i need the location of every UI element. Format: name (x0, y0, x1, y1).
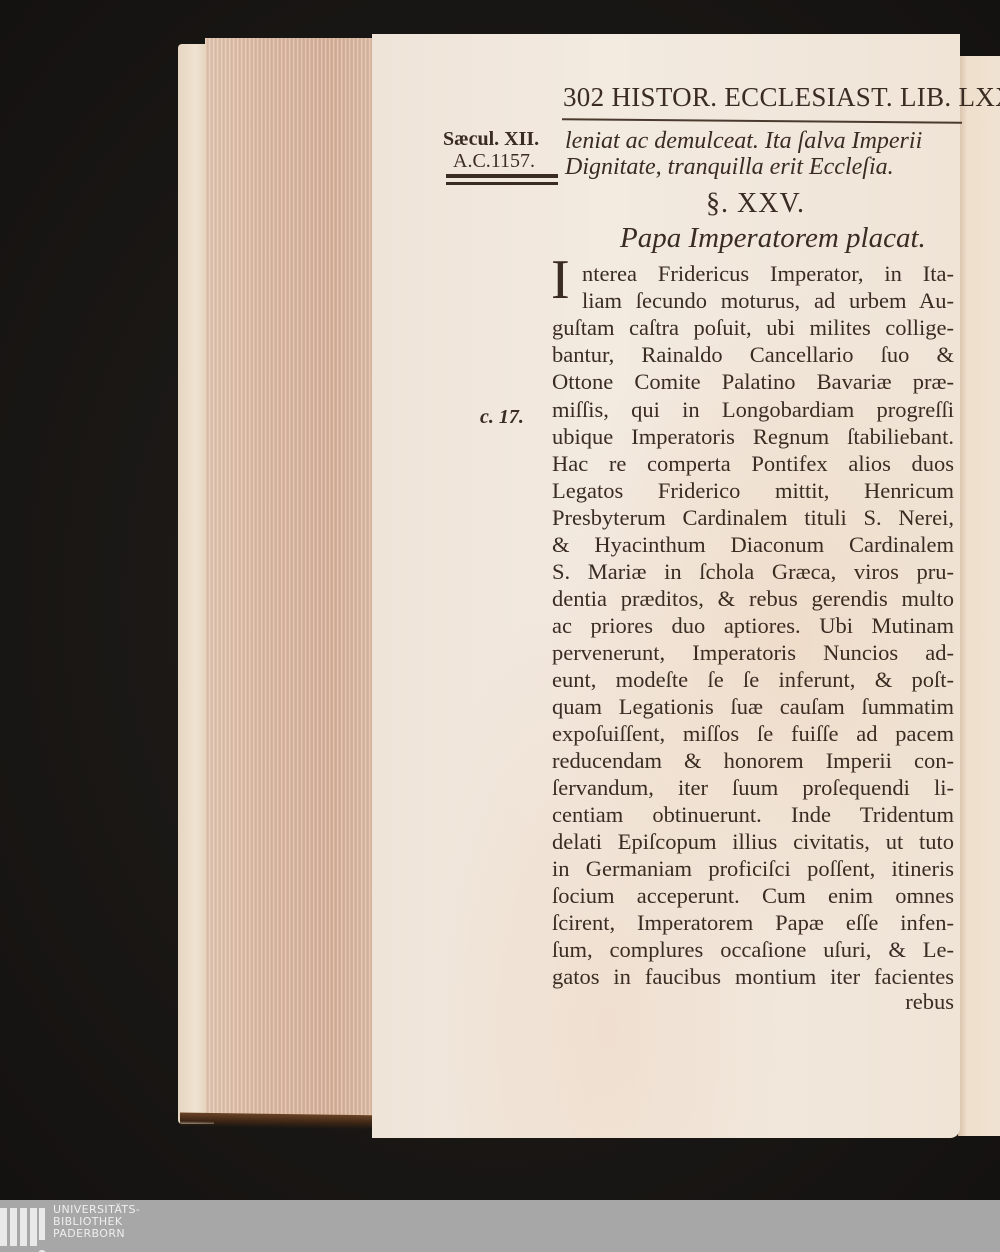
body-line: centiam obtinuerunt. Inde Tridentum (552, 801, 954, 828)
body-line: gatos in faucibus montium iter facientes (552, 963, 954, 990)
italic-continuation-line: Dignitate, tranquilla erit Eccleſia. (565, 154, 894, 181)
body-line: & Hyacinthum Diaconum Cardinalem (552, 531, 954, 558)
body-line: guſtam caſtra poſuit, ubi milites collig… (552, 314, 954, 341)
library-footer-bar: UNIVERSITÄTS- BIBLIOTHEK PADERBORN (0, 1200, 1000, 1252)
margin-note-chapter: c. 17. (480, 406, 524, 429)
body-line: bantur, Rainaldo Cancellario ſuo & (552, 341, 954, 368)
body-line: quam Legationis ſuæ cauſam ſummatim (552, 693, 954, 720)
section-title: Papa Imperatorem placat. (620, 222, 926, 255)
body-line: eunt, modeſte ſe ſe inferunt, & poſt- (552, 666, 954, 693)
margin-note-century: Sæcul. XII. (443, 128, 539, 151)
body-line: nterea Fridericus Imperator, in Ita- (582, 260, 954, 287)
body-line: in Germaniam proficiſci poſſent, itineri… (552, 855, 954, 882)
body-line: ſcirent, Imperatorem Papæ eſſe infen- (552, 909, 954, 936)
body-line: ſervandum, iter ſuum proſequendi li- (552, 774, 954, 801)
italic-continuation-line: leniat ac demulceat. Ita ſalva Imperii (565, 128, 922, 155)
catchword: rebus (552, 988, 954, 1015)
body-line: ſocium acceperunt. Cum enim omnes (552, 882, 954, 909)
margin-note-year: A.C.1157. (453, 150, 535, 173)
body-line: pervenerunt, Imperatoris Nuncios ad- (552, 639, 954, 666)
body-line: ac priores duo aptiores. Ubi Mutinam (552, 612, 954, 639)
body-line: ubique Imperatoris Regnum ſtabiliebant. (552, 423, 954, 450)
library-logo-icon (0, 1208, 46, 1252)
drop-cap: I (551, 252, 570, 308)
body-line: Legatos Friderico mittit, Henricum (552, 477, 954, 504)
running-head: 302 HISTOR. ECCLESIAST. LIB. LXX. (563, 82, 953, 113)
body-line: liam ſecundo moturus, ad urbem Au- (582, 287, 954, 314)
logo-line-3: PADERBORN (53, 1228, 140, 1240)
body-line: Hac re comperta Pontifex alios duos (552, 450, 954, 477)
page-number: 302 (563, 82, 604, 112)
body-line: ſum, complures occaſione uſuri, & Le- (552, 936, 954, 963)
section-number: §. XXV. (706, 188, 805, 220)
library-logo-text: UNIVERSITÄTS- BIBLIOTHEK PADERBORN (53, 1204, 140, 1240)
body-line: Presbyterum Cardinalem tituli S. Nerei, (552, 504, 954, 531)
body-line: miſſis, qui in Longobardiam progreſſi (552, 396, 954, 423)
facing-page-edge (958, 56, 1000, 1136)
body-line: delati Epiſcopum illius civitatis, ut tu… (552, 828, 954, 855)
margin-double-rule-bottom (446, 182, 558, 185)
body-line: S. Mariæ in ſchola Græca, viros pru- (552, 558, 954, 585)
body-line: reducendam & honorem Imperii con- (552, 747, 954, 774)
body-line: Ottone Comite Palatino Bavariæ præ- (552, 368, 954, 395)
margin-double-rule-top (446, 174, 558, 178)
running-head-title: HISTOR. ECCLESIAST. LIB. LXX. (611, 82, 1000, 112)
body-line: dentia præditos, & rebus gerendis multo (552, 585, 954, 612)
body-line: expoſuiſſent, miſſos ſe fuiſſe ad pacem (552, 720, 954, 747)
